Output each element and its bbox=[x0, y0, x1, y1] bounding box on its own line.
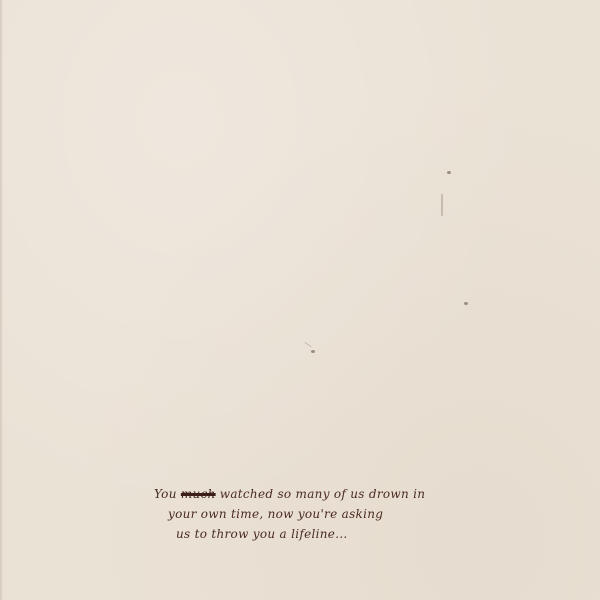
paper-edge bbox=[0, 0, 3, 600]
note-line-3: us to throw you a lifeline... bbox=[148, 524, 488, 544]
note-line-2: your own time, now you're asking bbox=[148, 504, 488, 524]
note-text: watched so many of us drown in bbox=[220, 487, 426, 501]
paper-speck bbox=[447, 171, 451, 174]
paper-streak bbox=[304, 342, 311, 347]
note-line-1: You much watched so many of us drown in bbox=[148, 484, 488, 504]
paper-sheet: You much watched so many of us drown in … bbox=[0, 0, 600, 600]
paper-streak bbox=[441, 194, 443, 216]
note-word: You bbox=[154, 487, 177, 501]
paper-speck bbox=[464, 302, 468, 305]
handwritten-note: You much watched so many of us drown in … bbox=[148, 484, 488, 544]
struck-word: much bbox=[181, 487, 216, 501]
paper-speck bbox=[311, 350, 315, 353]
